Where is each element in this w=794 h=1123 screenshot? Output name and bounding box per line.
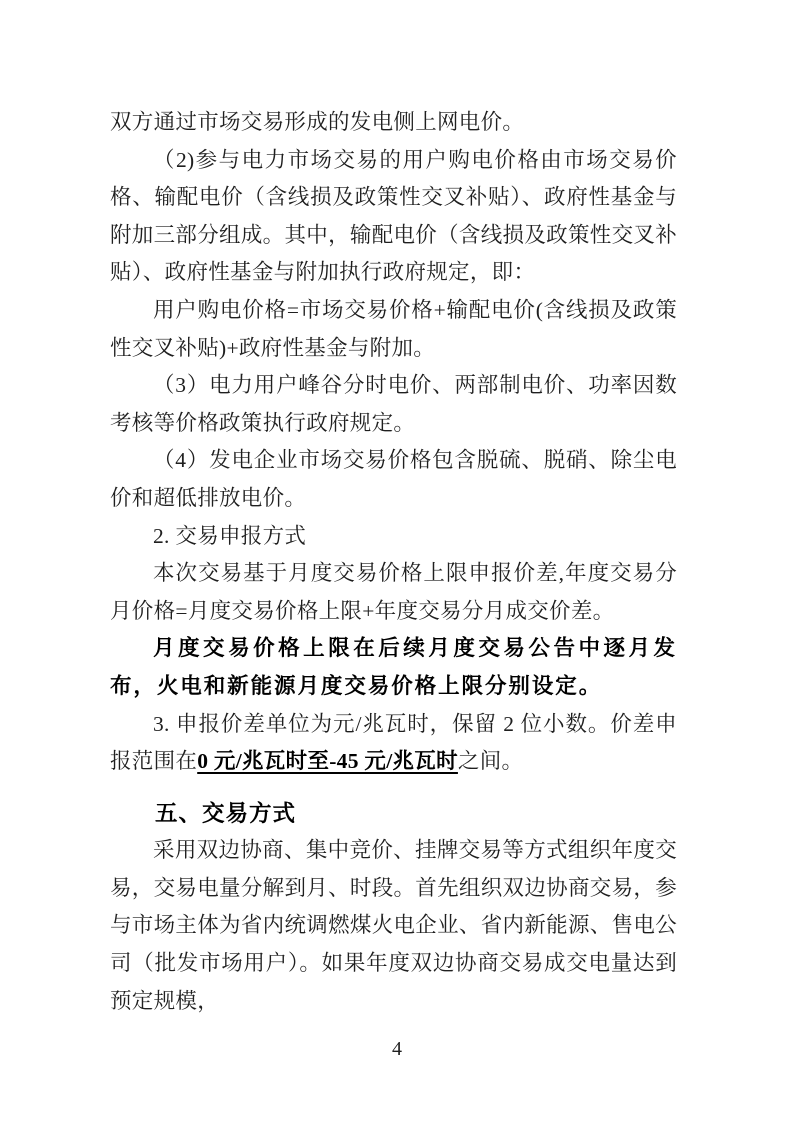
para-item-3: （3）电力用户峰谷分时电价、两部制电价、功率因数考核等价格政策执行政府规定。 [110,367,677,442]
para-price-range: 3. 申报价差单位为元/兆瓦时，保留 2 位小数。价差申报范围在0 元/兆瓦时至… [110,706,677,781]
text-segment: 2. 交易申报方式 [153,524,306,548]
text-segment: 0 元/兆瓦时至-45 元/兆瓦时 [197,749,458,773]
para-trading-method: 采用双边协商、集中竞价、挂牌交易等方式组织年度交易，交易电量分解到月、时段。首先… [110,832,677,1020]
text-segment: 双方通过市场交易形成的发电侧上网电价。 [110,110,524,134]
text-segment: 之间。 [458,749,523,773]
heading-section-5: 五、交易方式 [110,795,677,833]
para-declaration-basis: 本次交易基于月度交易价格上限申报价差,年度交易分月价格=月度交易价格上限+年度交… [110,555,677,630]
para-monthly-price-cap: 月度交易价格上限在后续月度交易公告中逐月发布，火电和新能源月度交易价格上限分别设… [110,630,677,705]
para-item-4: （4）发电企业市场交易价格包含脱硫、脱硝、除尘电价和超低排放电价。 [110,442,677,517]
text-segment: 采用双边协商、集中竞价、挂牌交易等方式组织年度交易，交易电量分解到月、时段。首先… [110,838,677,1012]
document-body: 双方通过市场交易形成的发电侧上网电价。（2)参与电力市场交易的用户购电价格由市场… [110,104,677,1020]
text-segment: 本次交易基于月度交易价格上限申报价差,年度交易分月价格=月度交易价格上限+年度交… [110,561,677,623]
para-price-formula: 用户购电价格=市场交易价格+输配电价(含线损及政策性交叉补贴)+政府性基金与附加… [110,292,677,367]
text-segment: （4）发电企业市场交易价格包含脱硫、脱硝、除尘电价和超低排放电价。 [110,448,677,510]
text-segment: 五、交易方式 [155,801,296,826]
document-page: 双方通过市场交易形成的发电侧上网电价。（2)参与电力市场交易的用户购电价格由市场… [0,0,794,1123]
para-item-2: （2)参与电力市场交易的用户购电价格由市场交易价格、输配电价（含线损及政策性交叉… [110,142,677,292]
text-segment: （3）电力用户峰谷分时电价、两部制电价、功率因数考核等价格政策执行政府规定。 [110,373,677,435]
text-segment: 用户购电价格=市场交易价格+输配电价(含线损及政策性交叉补贴)+政府性基金与附加… [110,298,677,360]
page-number: 4 [392,1038,402,1060]
page-footer: 4 [0,1038,794,1061]
text-segment: 月度交易价格上限在后续月度交易公告中逐月发布，火电和新能源月度交易价格上限分别设… [110,636,677,698]
para-intro-continuation: 双方通过市场交易形成的发电侧上网电价。 [110,104,677,142]
para-section-2-title: 2. 交易申报方式 [110,518,677,556]
text-segment: （2)参与电力市场交易的用户购电价格由市场交易价格、输配电价（含线损及政策性交叉… [110,148,677,285]
